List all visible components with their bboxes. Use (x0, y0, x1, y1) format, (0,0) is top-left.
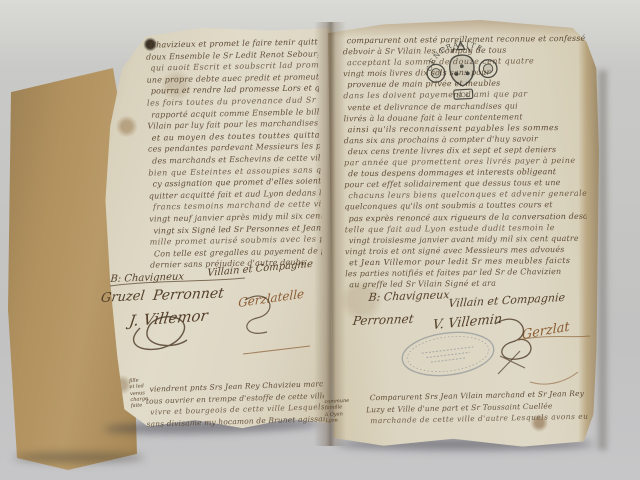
right-page-postscript: Comparurent Srs Jean Vilain marchand et … (366, 388, 592, 427)
left-page-postscript: viendrent pnts Srs Jean Rey Chavizieu ma… (145, 378, 324, 430)
cover-shadow (14, 452, 144, 463)
manuscript-photo: Chavizieux et promet le faire tenir quit… (0, 0, 640, 480)
right-page-margin-note: communefamilleà OyanLyon (324, 397, 367, 424)
fiscal-tax-stamp: GENERALITE SOL (418, 28, 506, 112)
stamp-plaque-text: SOL (457, 92, 470, 100)
left-page-body-text: Chavizieux et promet le faire tenir quit… (146, 36, 322, 271)
left-page-margin-note: filleet ledvenuschargefaite (129, 376, 165, 410)
stamp-shield-icon (449, 54, 475, 86)
page-stack-shadow (598, 70, 607, 450)
flourish-swash-left (95, 258, 335, 363)
